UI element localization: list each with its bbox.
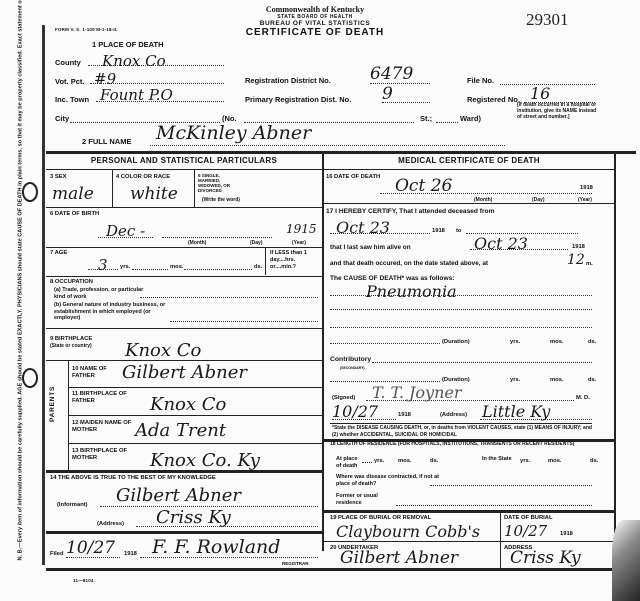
at-place-mos: mos. [398,458,412,465]
age-days-field [184,262,252,270]
footnote: *State the DISEASE CAUSING DEATH, or, in… [332,425,594,438]
registration-district-value: 6479 [370,64,413,84]
occupation-b-field [170,316,318,322]
birthplace-label: 9 BIRTHPLACE(State or country) [50,336,118,349]
signed-label: (Signed) [332,395,355,402]
sex-label: 3 SEX [50,174,66,181]
registrar-signature: F. F. Rowland [152,536,280,558]
age-months-field [132,262,168,270]
dod-field: Oct 26 [380,176,592,194]
registered-no-label: Registered No. [467,95,520,104]
divider [265,247,266,275]
filed-date-value: 10/27 [66,538,115,558]
informant-address-value: Criss Ky [156,507,231,528]
father-name-label: 10 NAME OF FATHER [72,366,122,379]
registrar-label: REGISTRAR [282,561,309,566]
divider [46,328,322,329]
divider-vertical-right [614,151,616,569]
certificate-title: CERTIFICATE OF DEATH [230,27,400,38]
at-place-label: At place of death [336,456,361,469]
time-value: 12 [567,252,585,268]
informant-label: (Informant) [57,502,88,509]
torn-corner [612,520,640,601]
signed-field: T. T. Joyner [366,383,574,401]
divider [194,169,195,207]
primary-registration-value: 9 [382,84,393,104]
divider [322,510,614,513]
color-label: 4 COLOR OR RACE [116,174,170,181]
certify-text: 17 I HEREBY CERTIFY, That I attended dec… [326,208,494,215]
at-place-ds: ds. [430,458,438,465]
divider [46,207,322,208]
cause-field: Pneumonia [330,282,592,296]
county-value: Knox Co [102,52,166,70]
age-years-value: 3 [98,256,108,274]
physician-signature: T. T. Joyner [372,383,462,402]
attended-from-field: Oct 23 [330,218,430,234]
informant-address-field: Criss Ky [136,507,318,527]
punch-hole-top [22,182,38,202]
divider [46,247,322,248]
former-residence-label: Former or usual residence [336,493,396,507]
occupation-a-label: (a) Trade, profession, or particular kin… [54,287,154,300]
yrs-label: yrs. [120,264,130,271]
time-suffix: m. [586,261,593,268]
ds-label: ds. [254,264,262,271]
form-code: 11—8104 [73,578,94,583]
duration-mos-label: mos. [550,339,564,346]
burial-value: Claybourn Cobb's [336,522,480,541]
registrar-field: F. F. Rowland [140,536,318,558]
cause-value: Pneumonia [366,282,457,301]
birthplace-value: Knox Co [125,340,201,361]
less-than-label: If LESS than 1 day....hrs. or....min.? [270,250,320,271]
cause-line-4 [330,336,440,344]
full-name-field: McKinley Abner [150,122,505,146]
parents-label: PARENTS [49,386,56,422]
bureau-title: BUREAU OF VITAL STATISTICS [230,20,400,27]
burial-year: 1918 [560,531,573,538]
form-id: FORM V. S. 1-100 M-1-18-II. [55,27,118,32]
divider [330,423,592,424]
father-birthplace-value: Knox Co [150,394,226,415]
contributory-line-2 [330,374,440,382]
contributory-field [372,355,592,363]
divider [46,360,322,361]
mos-label: mos. [170,264,184,271]
commonwealth-title: Commonwealth of Kentucky [230,5,400,14]
last-saw-value: Oct 23 [474,234,528,253]
signed-address-label: (Address) [440,412,467,419]
burial-date-value: 10/27 [504,522,547,540]
marital-hint: (Write the word) [202,197,240,203]
at-place-yrs-field [362,458,372,463]
registration-district-field: 6479 [370,64,430,84]
disease-contracted-field [430,480,592,486]
mother-birthplace-value: Knox Co. Ky [150,450,260,471]
divider [500,510,501,568]
divider [112,169,113,207]
dod-value: Oct 26 [395,176,452,196]
informant-statement: 14 THE ABOVE IS TRUE TO THE BEST OF MY K… [50,475,216,481]
duration-label: (Duration) [442,339,470,346]
mother-name-value: Ada Trent [135,420,226,441]
signed-year: 1918 [398,412,411,419]
cause-line-3 [330,320,592,328]
cause-line-2 [330,302,592,310]
registration-district-label: Registration District No. [245,76,331,85]
duration-yrs-label: yrs. [510,339,520,346]
undertaker-value: Gilbert Abner [340,548,458,568]
age-label: 7 AGE [50,250,67,257]
in-state-yrs: yrs. [520,458,530,465]
dob-month-field: Dec - [98,222,153,238]
header-block: Commonwealth of Kentucky STATE BOARD OF … [230,5,400,38]
dob-day-field [162,230,272,238]
primary-registration-label: Primary Registration Dist. No. [245,95,351,104]
divider [322,541,614,542]
divider-main [46,151,636,154]
burial-label: 19 PLACE OF BURIAL OR REMOVAL [330,515,431,522]
filed-year: 1918 [124,551,137,558]
medical-section-title: MEDICAL CERTIFICATE OF DEATH [324,156,614,165]
county-label: County [55,58,81,67]
divider [68,415,322,416]
burial-date-label: DATE OF BURIAL [504,515,553,522]
dod-year: 1918 [580,185,593,192]
dob-year-value: 1915 [286,222,317,236]
day-hint: (Day) [250,240,263,246]
vot-pct-field: #9 [90,70,224,84]
death-certificate: N. B.—Every item of information should b… [0,0,640,601]
in-state-ds: ds. [590,458,598,465]
father-name-value: Gilbert Abner [122,362,247,383]
secondary-label: (SECONDARY) [340,366,365,370]
age-years-field: 3 [88,256,118,270]
informant-field: Gilbert Abner [100,485,318,507]
at-place-yrs: yrs. [374,458,384,465]
county-field: Knox Co [88,52,224,66]
signed-address-field: Little Ky [480,402,592,420]
md-label: M. D. [576,395,590,402]
city-label: City [55,114,69,123]
left-margin-rule [42,25,45,565]
attended-to-field [466,226,578,234]
divider [68,387,322,388]
in-state-mos: mos. [548,458,562,465]
signed-date-value: 10/27 [332,402,378,421]
divider [322,203,614,204]
attended-from-value: Oct 23 [336,218,390,237]
hospital-note: [If death occurred in a hospital or inst… [517,103,597,120]
marital-label: 5 SINGLE, MARRIED, WIDOWED, OR DIVORCED [198,173,238,193]
inc-town-label: Inc. Town [55,95,89,104]
filed-label: Filed [50,551,64,558]
divider [46,276,322,277]
dob-month-value: Dec - [106,222,145,240]
occupation-a-field [140,292,318,298]
registered-no-field: 16 [524,84,595,103]
contributory-label: Contributory [330,356,371,363]
vot-pct-label: Vot. Pct. [55,77,84,86]
personal-section-title: PERSONAL AND STATISTICAL PARTICULARS [46,156,322,165]
mother-name-label: 12 MAIDEN NAME OF MOTHER [72,420,142,433]
divider [46,470,322,473]
signed-date-field: 10/27 [332,402,396,420]
inc-town-field: Fount P.O [96,86,224,102]
undertaker-address-value: Criss Ky [510,548,581,568]
residence-label: 18 LENGTH OF RESIDENCE (FOR HOSPITALS, I… [330,442,594,448]
last-saw-year: 1918 [572,244,585,251]
dod-label: 16 DATE OF DEATH [326,174,380,181]
former-residence-field [396,500,592,506]
divider [68,443,322,444]
father-birthplace-label: 11 BIRTHPLACE OF FATHER [72,391,150,404]
attended-from-year: 1918 [432,228,445,235]
divider [46,531,322,534]
contributory-ds-label: ds. [588,377,596,384]
year-hint: (Year) [292,240,306,246]
certificate-number: 29301 [526,10,569,30]
punch-hole-bottom [22,368,38,388]
death-occurred-text: and that death occured, on the date stat… [330,260,488,267]
place-of-death-label: 1 PLACE OF DEATH [92,40,164,49]
duration-ds-label: ds. [588,339,596,346]
full-name-label: 2 FULL NAME [82,137,131,146]
full-name-value: McKinley Abner [156,122,311,144]
primary-registration-field: 9 [382,84,430,103]
divider [46,169,322,170]
occupation-b-label: (b) General nature of industry business,… [54,302,174,322]
color-value: white [130,184,178,204]
divider-vertical-center [322,151,324,551]
divider-bottom [46,568,636,571]
last-saw-field: Oct 23 [470,234,568,250]
last-saw-label: that I last saw him alive on [330,244,411,251]
cause-label: The CAUSE OF DEATH* was as follows: [330,275,454,282]
informant-address-label: (Address) [97,521,124,528]
signed-address-value: Little Ky [482,402,550,421]
sex-value: male [52,184,94,204]
dob-label: 6 DATE OF BIRTH [50,211,99,218]
informant-value: Gilbert Abner [116,485,241,506]
registered-no-value: 16 [530,84,550,103]
side-instructions: N. B.—Every item of information should b… [4,30,38,570]
filed-date-field: 10/27 [66,538,120,558]
occupation-label: 8 OCCUPATION [50,279,93,286]
month-hint: (Month) [188,240,206,246]
side-instructions-text: N. B.—Every item of information should b… [18,40,25,560]
divider [322,169,614,170]
inc-town-value: Fount P.O [100,86,173,104]
to-label: to [456,228,461,235]
in-state-label: In the State [482,456,512,463]
file-no-label: File No. [467,76,494,85]
mother-birthplace-label: 13 BIRTHPLACE OF MOTHER [72,448,150,461]
